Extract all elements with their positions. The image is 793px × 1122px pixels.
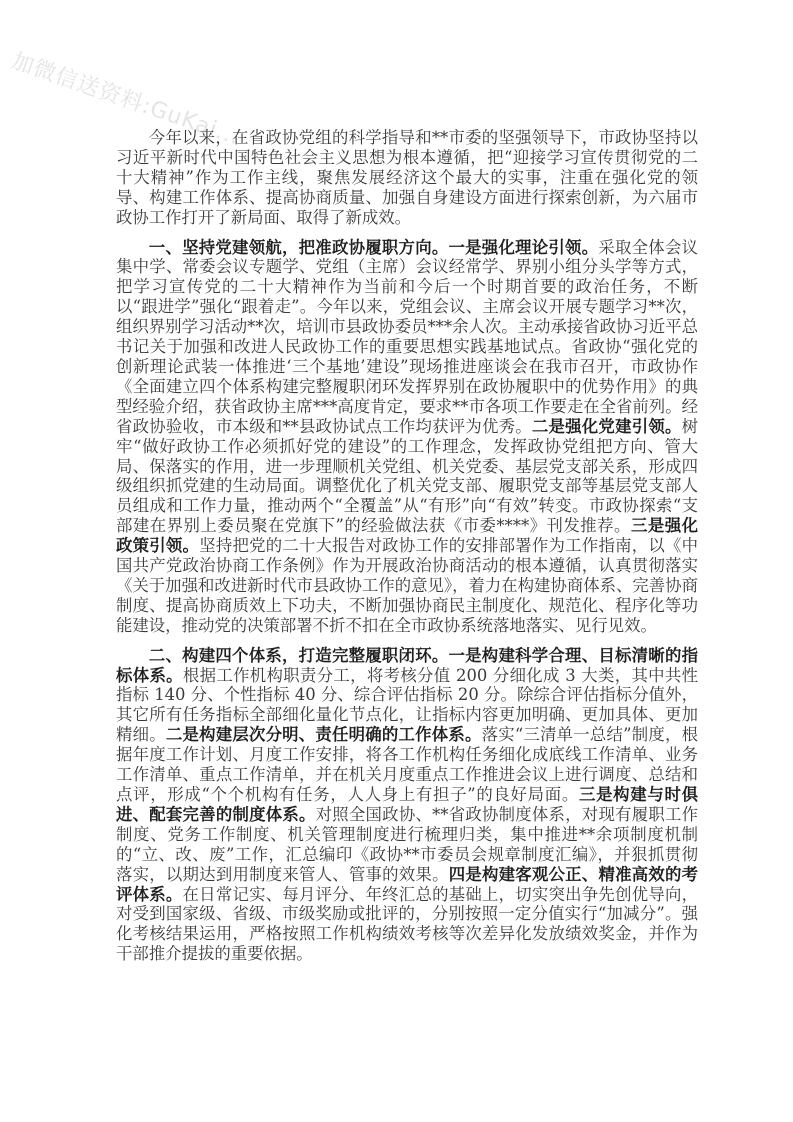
document-body: 今年以来，在省政协党组的科学指导和**市委的坚强领导下，市政协坚持以习近平新时代… [116, 128, 698, 974]
body-text: 坚持把党的二十大报告对政协工作的安排部署作为工作指南，以《中国共产党政治协商工作… [116, 536, 698, 635]
subsection-heading: 二是强化党建引领。 [532, 417, 682, 436]
body-text: 在日常记实、每月评分、年终汇总的基础上，切实突出争先创优导向，对受到国家级、省级… [116, 885, 698, 964]
section-heading: 一、坚持党建领航，把准政协履职方向。一是强化理论引领。 [149, 238, 599, 257]
body-text: 今年以来，在省政协党组的科学指导和**市委的坚强领导下，市政协坚持以习近平新时代… [116, 128, 698, 227]
subsection-heading: 二是构建层次分明、责任明确的工作体系。 [166, 725, 482, 744]
body-text: 采取全体会议集中学、常委会议专题学、党组（主席）会议经常学、界别小组分头学等方式… [116, 238, 698, 436]
paragraph-section-1: 一、坚持党建领航，把准政协履职方向。一是强化理论引领。采取全体会议集中学、常委会… [116, 238, 698, 636]
paragraph-intro: 今年以来，在省政协党组的科学指导和**市委的坚强领导下，市政协坚持以习近平新时代… [116, 128, 698, 228]
paragraph-section-2: 二、构建四个体系，打造完整履职闭环。一是构建科学合理、目标清晰的指标体系。根据工… [116, 646, 698, 965]
